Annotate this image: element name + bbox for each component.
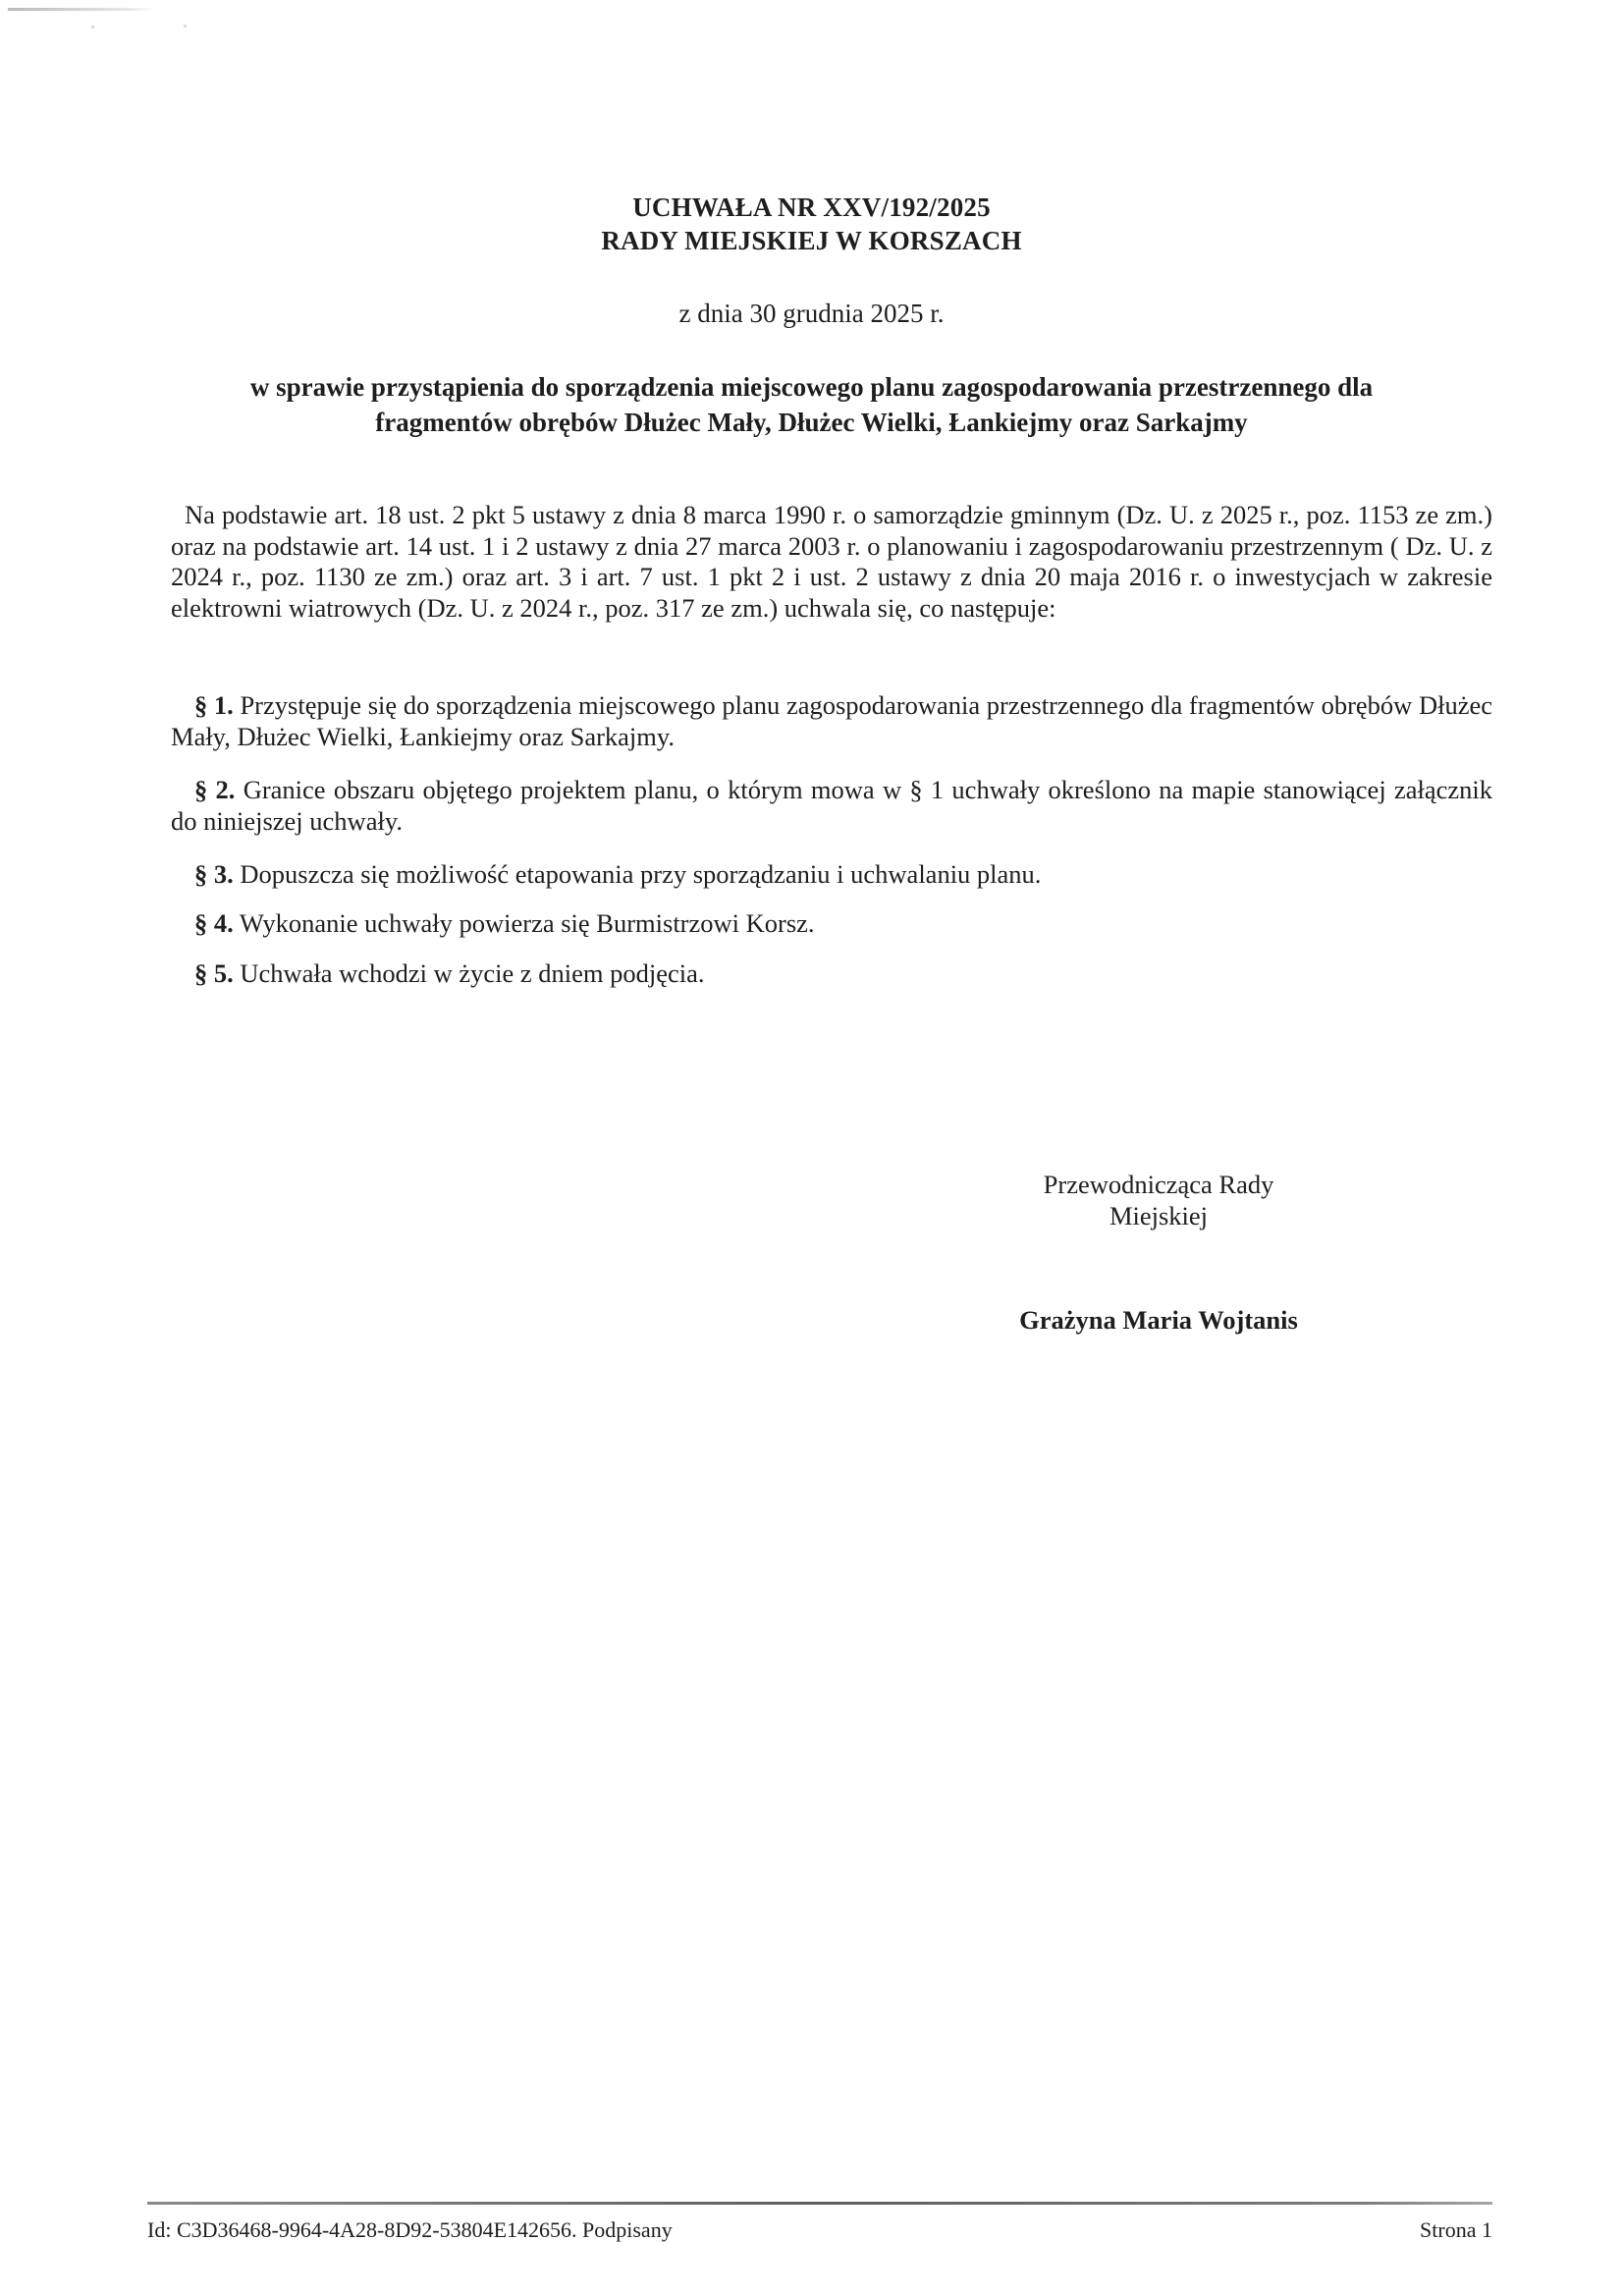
signatory-name: Grażyna Maria Wojtanis bbox=[992, 1305, 1325, 1336]
section-text: Wykonanie uchwały powierza się Burmistrz… bbox=[240, 908, 815, 938]
section-text: Uchwała wchodzi w życie z dniem podjęcia… bbox=[240, 958, 704, 988]
section-text: Przystępuje się do sporządzenia miejscow… bbox=[171, 690, 1492, 751]
resolution-header: UCHWAŁA NR XXV/192/2025 RADY MIEJSKIEJ W… bbox=[0, 191, 1623, 257]
signatory-role: Przewodnicząca Rady Miejskiej bbox=[992, 1169, 1325, 1231]
section-number: § 2. bbox=[194, 775, 235, 804]
section-text: Dopuszcza się możliwość etapowania przy … bbox=[240, 859, 1041, 889]
resolution-date: z dnia 30 grudnia 2025 r. bbox=[0, 299, 1623, 329]
section-number: § 5. bbox=[194, 958, 234, 988]
legal-basis: Na podstawie art. 18 ust. 2 pkt 5 ustawy… bbox=[171, 500, 1492, 624]
document-id: Id: C3D36468-9964-4A28-8D92-53804E142656… bbox=[147, 2217, 673, 2243]
section-number: § 1. bbox=[194, 690, 234, 720]
subject-line-2: fragmentów obrębów Dłużec Mały, Dłużec W… bbox=[147, 405, 1476, 440]
signatory-role-line-2: Miejskiej bbox=[992, 1200, 1325, 1231]
section-3: § 3. Dopuszcza się możliwość etapowania … bbox=[171, 859, 1492, 891]
scan-artifact bbox=[8, 8, 155, 11]
section-5: § 5. Uchwała wchodzi w życie z dniem pod… bbox=[171, 958, 1492, 990]
resolution-subject: w sprawie przystąpienia do sporządzenia … bbox=[147, 369, 1476, 440]
section-1: § 1. Przystępuje się do sporządzenia mie… bbox=[171, 690, 1492, 752]
subject-line-1: w sprawie przystąpienia do sporządzenia … bbox=[147, 369, 1476, 405]
signatory-role-line-1: Przewodnicząca Rady bbox=[992, 1169, 1325, 1200]
section-4: § 4. Wykonanie uchwały powierza się Burm… bbox=[171, 908, 1492, 940]
section-number: § 3. bbox=[194, 859, 234, 889]
issuing-body: RADY MIEJSKIEJ W KORSZACH bbox=[0, 224, 1623, 257]
section-2: § 2. Granice obszaru objętego projektem … bbox=[171, 775, 1492, 837]
footer-divider bbox=[147, 2202, 1492, 2205]
document-page: UCHWAŁA NR XXV/192/2025 RADY MIEJSKIEJ W… bbox=[0, 0, 1623, 2296]
section-text: Granice obszaru objętego projektem planu… bbox=[171, 775, 1492, 836]
scan-artifact bbox=[91, 26, 94, 28]
scan-artifact bbox=[184, 25, 187, 27]
section-number: § 4. bbox=[194, 908, 234, 938]
page-number: Strona 1 bbox=[1420, 2217, 1492, 2243]
resolution-number: UCHWAŁA NR XXV/192/2025 bbox=[0, 191, 1623, 224]
